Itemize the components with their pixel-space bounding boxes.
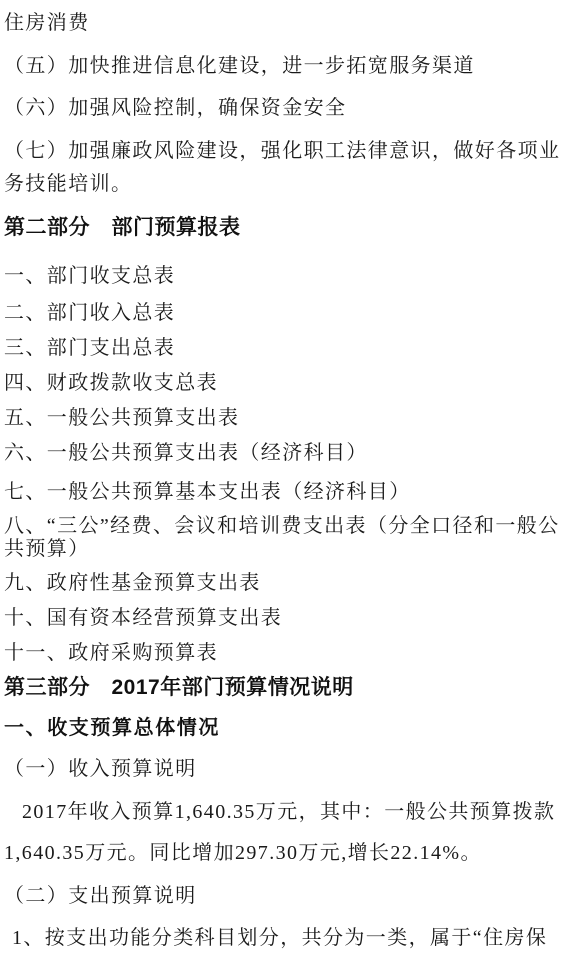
toc-item: 四、财政拨款收支总表 bbox=[4, 372, 561, 394]
paragraph-line: （一）收入预算说明 bbox=[4, 758, 561, 780]
toc-item: 三、部门支出总表 bbox=[4, 337, 561, 359]
toc-item: 二、部门收入总表 bbox=[4, 302, 561, 324]
toc-item: 六、一般公共预算支出表（经济科目） bbox=[4, 442, 561, 464]
paragraph-line: 住房消费 bbox=[4, 12, 561, 34]
toc-item: 十、国有资本经营预算支出表 bbox=[4, 607, 561, 629]
paragraph-line: （五）加快推进信息化建设，进一步拓宽服务渠道 bbox=[4, 55, 561, 77]
paragraph-line: （二）支出预算说明 bbox=[4, 885, 561, 907]
paragraph-line: 1,640.35万元。同比增加297.30万元,增长22.14%。 bbox=[4, 842, 561, 864]
toc-item: 十一、政府采购预算表 bbox=[4, 642, 561, 664]
paragraph-line: 务技能培训。 bbox=[4, 173, 561, 195]
paragraph-line: 2017年收入预算1,640.35万元，其中：一般公共预算拨款 bbox=[4, 801, 561, 823]
toc-item: 一、部门收支总表 bbox=[4, 265, 561, 287]
toc-item: 七、一般公共预算基本支出表（经济科目） bbox=[4, 481, 561, 503]
subsection-heading: 一、收支预算总体情况 bbox=[4, 717, 561, 740]
toc-item: 八、“三公”经费、会议和培训费支出表（分全口径和一般公 bbox=[4, 515, 561, 537]
paragraph-line: （六）加强风险控制，确保资金安全 bbox=[4, 97, 561, 119]
part2-heading: 第二部分 部门预算报表 bbox=[4, 215, 561, 241]
toc-item-wrap: 共预算） bbox=[4, 538, 561, 560]
document-page: 住房消费 （五）加快推进信息化建设，进一步拓宽服务渠道 （六）加强风险控制，确保… bbox=[0, 0, 561, 953]
paragraph-line: 1、按支出功能分类科目划分，共分为一类，属于“住房保 bbox=[4, 927, 561, 949]
paragraph-line: （七）加强廉政风险建设，强化职工法律意识，做好各项业 bbox=[4, 140, 561, 162]
toc-item: 五、一般公共预算支出表 bbox=[4, 407, 561, 429]
toc-item: 九、政府性基金预算支出表 bbox=[4, 572, 561, 594]
part3-heading: 第三部分 2017年部门预算情况说明 bbox=[4, 675, 561, 701]
